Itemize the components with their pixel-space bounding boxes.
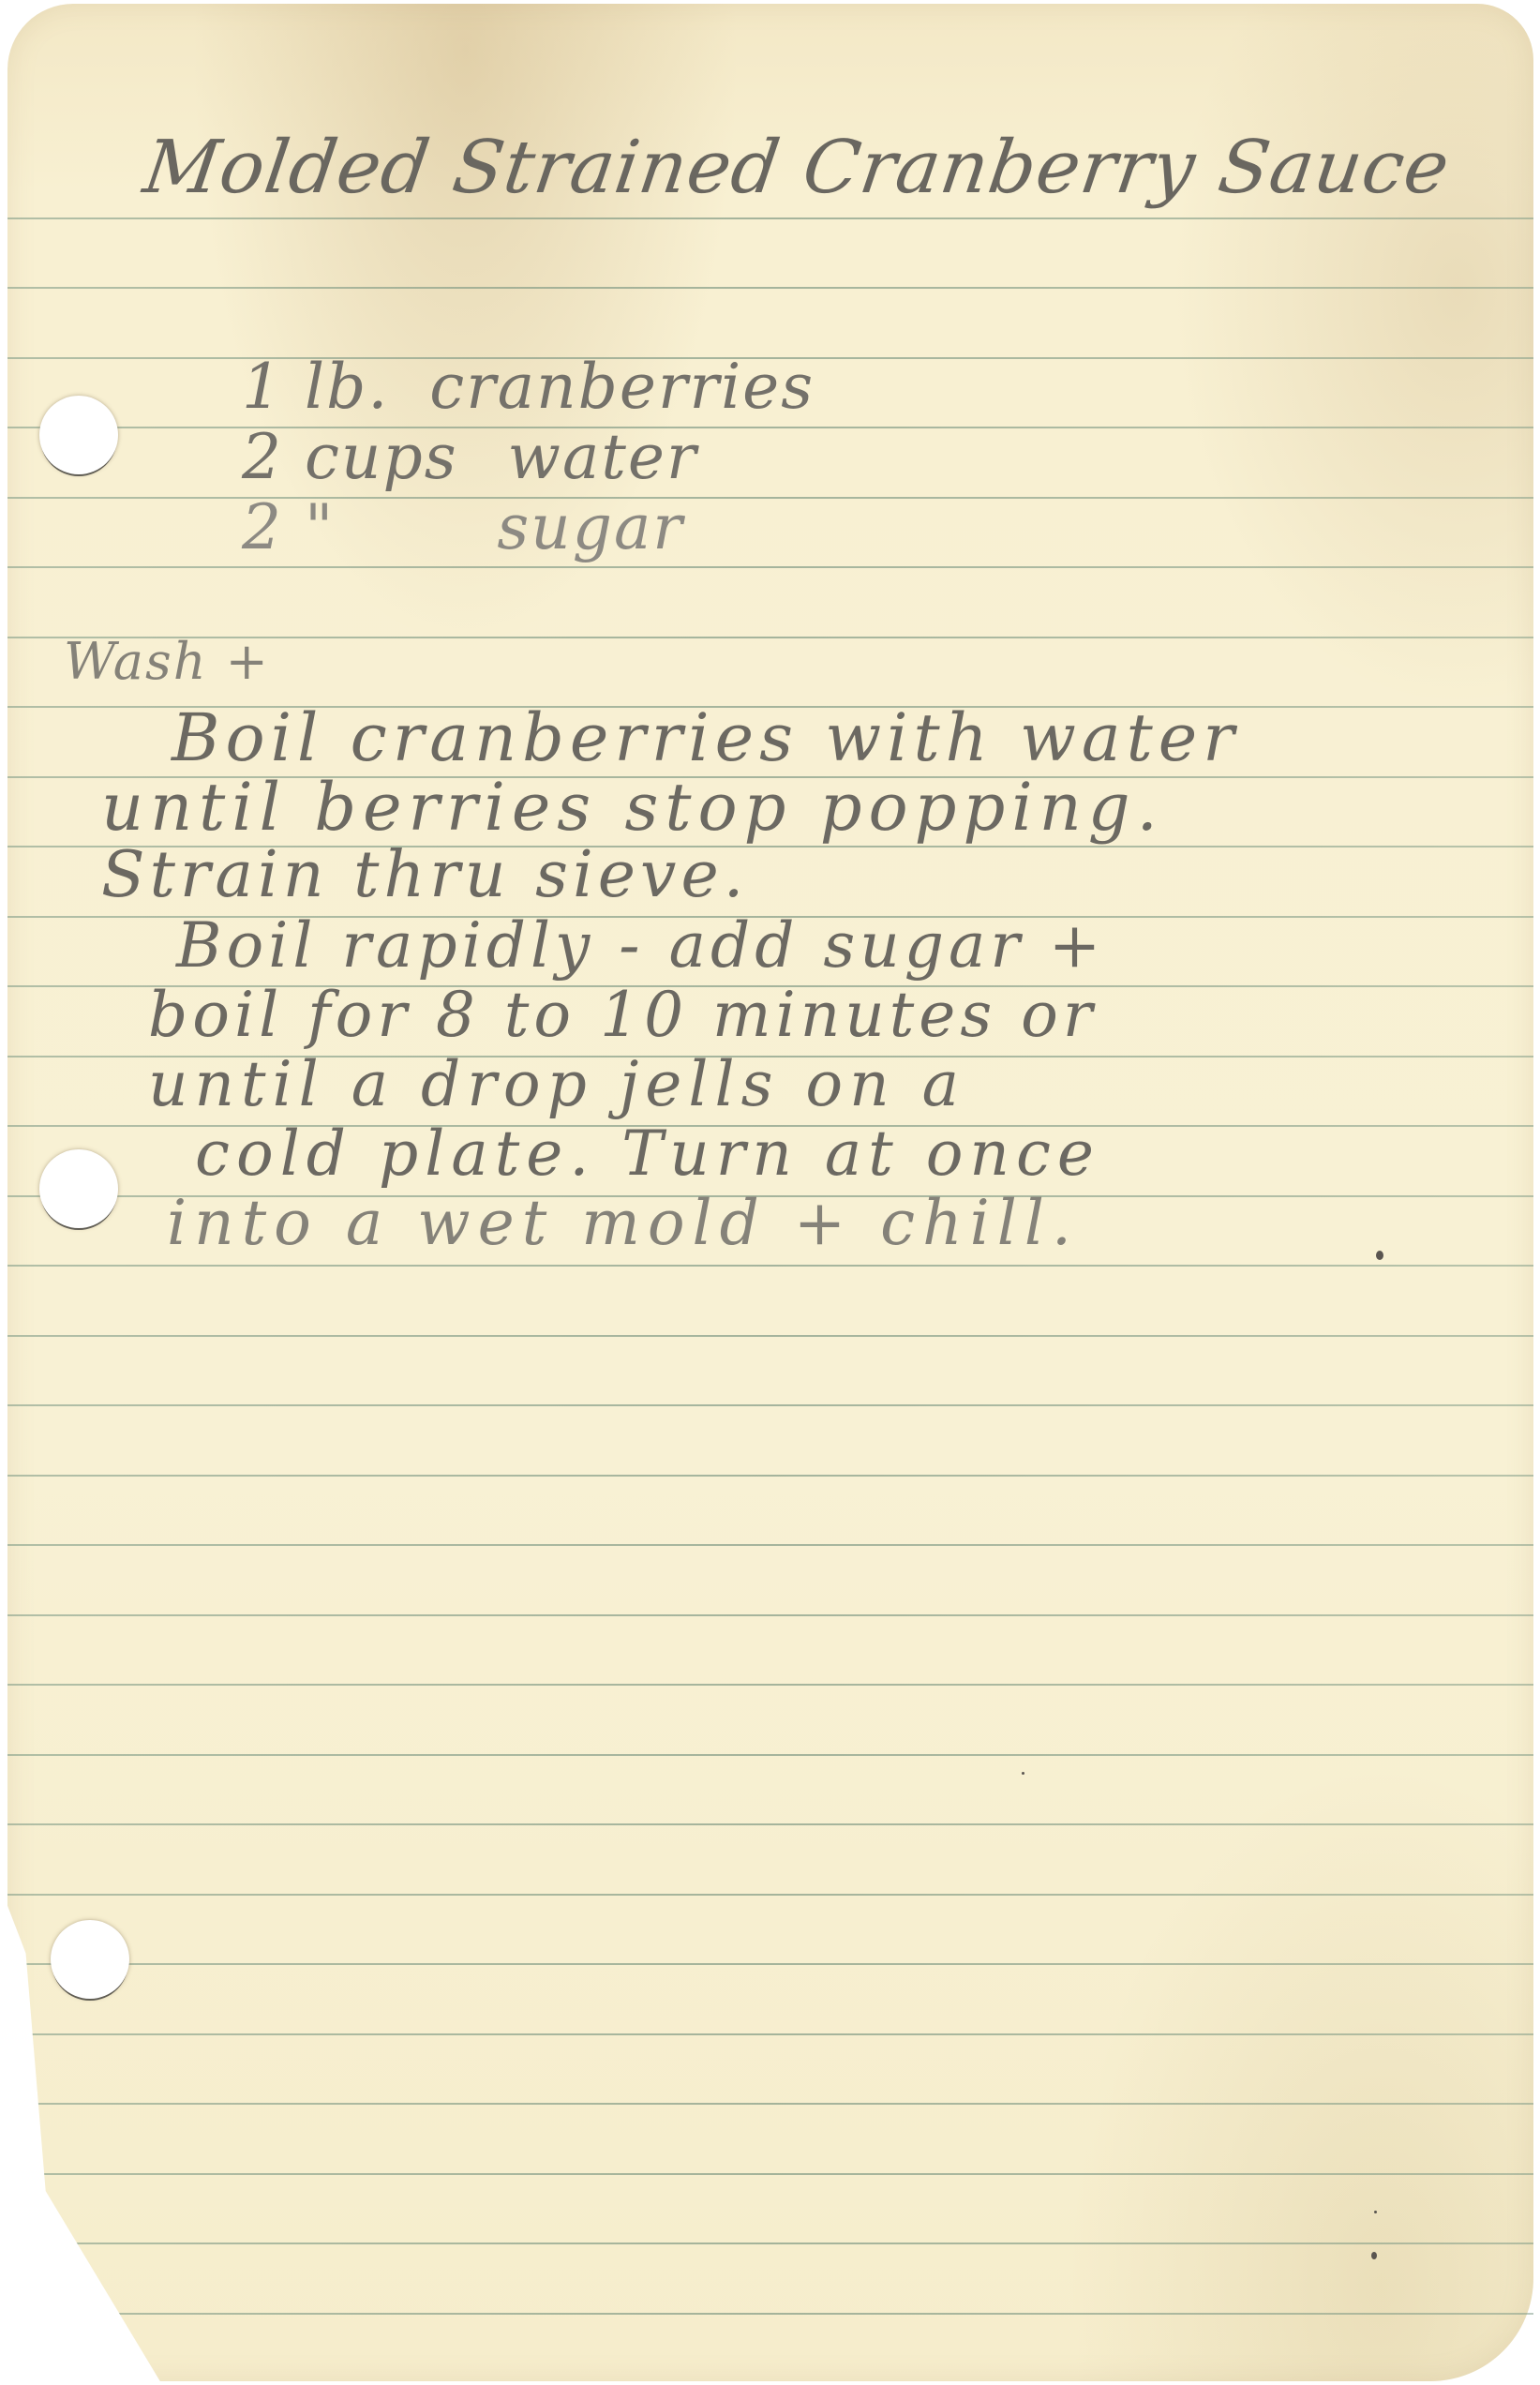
ruled-line xyxy=(7,2033,1533,2035)
instruction-line: into a wet mold + chill. xyxy=(167,1187,1079,1259)
ruled-line xyxy=(7,2103,1533,2105)
instruction-line: Strain thru sieve. xyxy=(101,838,748,912)
ruled-line xyxy=(7,497,1533,499)
ingredient-quantity: 2 cups xyxy=(242,421,458,493)
ruled-line xyxy=(7,427,1533,428)
ruled-line xyxy=(7,1754,1533,1756)
ruled-line xyxy=(7,566,1533,568)
ruled-line xyxy=(7,2173,1533,2175)
ruled-line xyxy=(7,1614,1533,1616)
ruled-line xyxy=(7,1894,1533,1896)
ingredient-item: cranberries xyxy=(429,351,815,423)
ruled-line xyxy=(7,1684,1533,1686)
punch-hole-middle xyxy=(39,1149,118,1228)
ingredient-item: water xyxy=(508,421,698,493)
punch-hole-bottom xyxy=(51,1920,129,1999)
ingredient-line: 2 " sugar xyxy=(242,491,684,563)
ingredient-line: 1 lb. cranberries xyxy=(242,351,815,423)
paper-speck xyxy=(1374,2211,1377,2213)
paper-speck xyxy=(1022,1772,1024,1775)
ruled-line xyxy=(7,1265,1533,1267)
instruction-line: cold plate. Turn at once xyxy=(195,1117,1100,1190)
ruled-line xyxy=(7,217,1533,219)
instruction-line: Wash + xyxy=(64,632,270,691)
ruled-line xyxy=(7,1823,1533,1825)
ruled-line xyxy=(7,2242,1533,2244)
ruled-line xyxy=(7,1404,1533,1406)
recipe-title: Molded Strained Cranberry Sauce xyxy=(139,126,1455,210)
ingredient-quantity: 1 lb. xyxy=(242,351,389,423)
paper-speck xyxy=(1376,1251,1383,1260)
ingredient-line: 2 cups water xyxy=(242,421,698,493)
instruction-line: until berries stop popping. xyxy=(101,769,1164,846)
ruled-line xyxy=(7,1475,1533,1477)
paper-speck xyxy=(1371,2252,1377,2259)
ruled-line xyxy=(7,287,1533,289)
instruction-line: Boil cranberries with water xyxy=(172,699,1240,776)
ruled-line xyxy=(7,1335,1533,1337)
punch-hole-top xyxy=(39,396,118,474)
recipe-card: Molded Strained Cranberry Sauce 1 lb. cr… xyxy=(7,4,1533,2381)
instruction-line: Boil rapidly - add sugar + xyxy=(176,909,1105,982)
ingredient-item: sugar xyxy=(497,491,684,563)
ruled-line xyxy=(7,1963,1533,1965)
ruled-line xyxy=(7,1544,1533,1546)
ruled-line xyxy=(7,2313,1533,2315)
ingredient-quantity: 2 " xyxy=(242,491,335,563)
instruction-line: boil for 8 to 10 minutes or xyxy=(148,979,1097,1051)
instruction-line: until a drop jells on a xyxy=(148,1048,965,1120)
